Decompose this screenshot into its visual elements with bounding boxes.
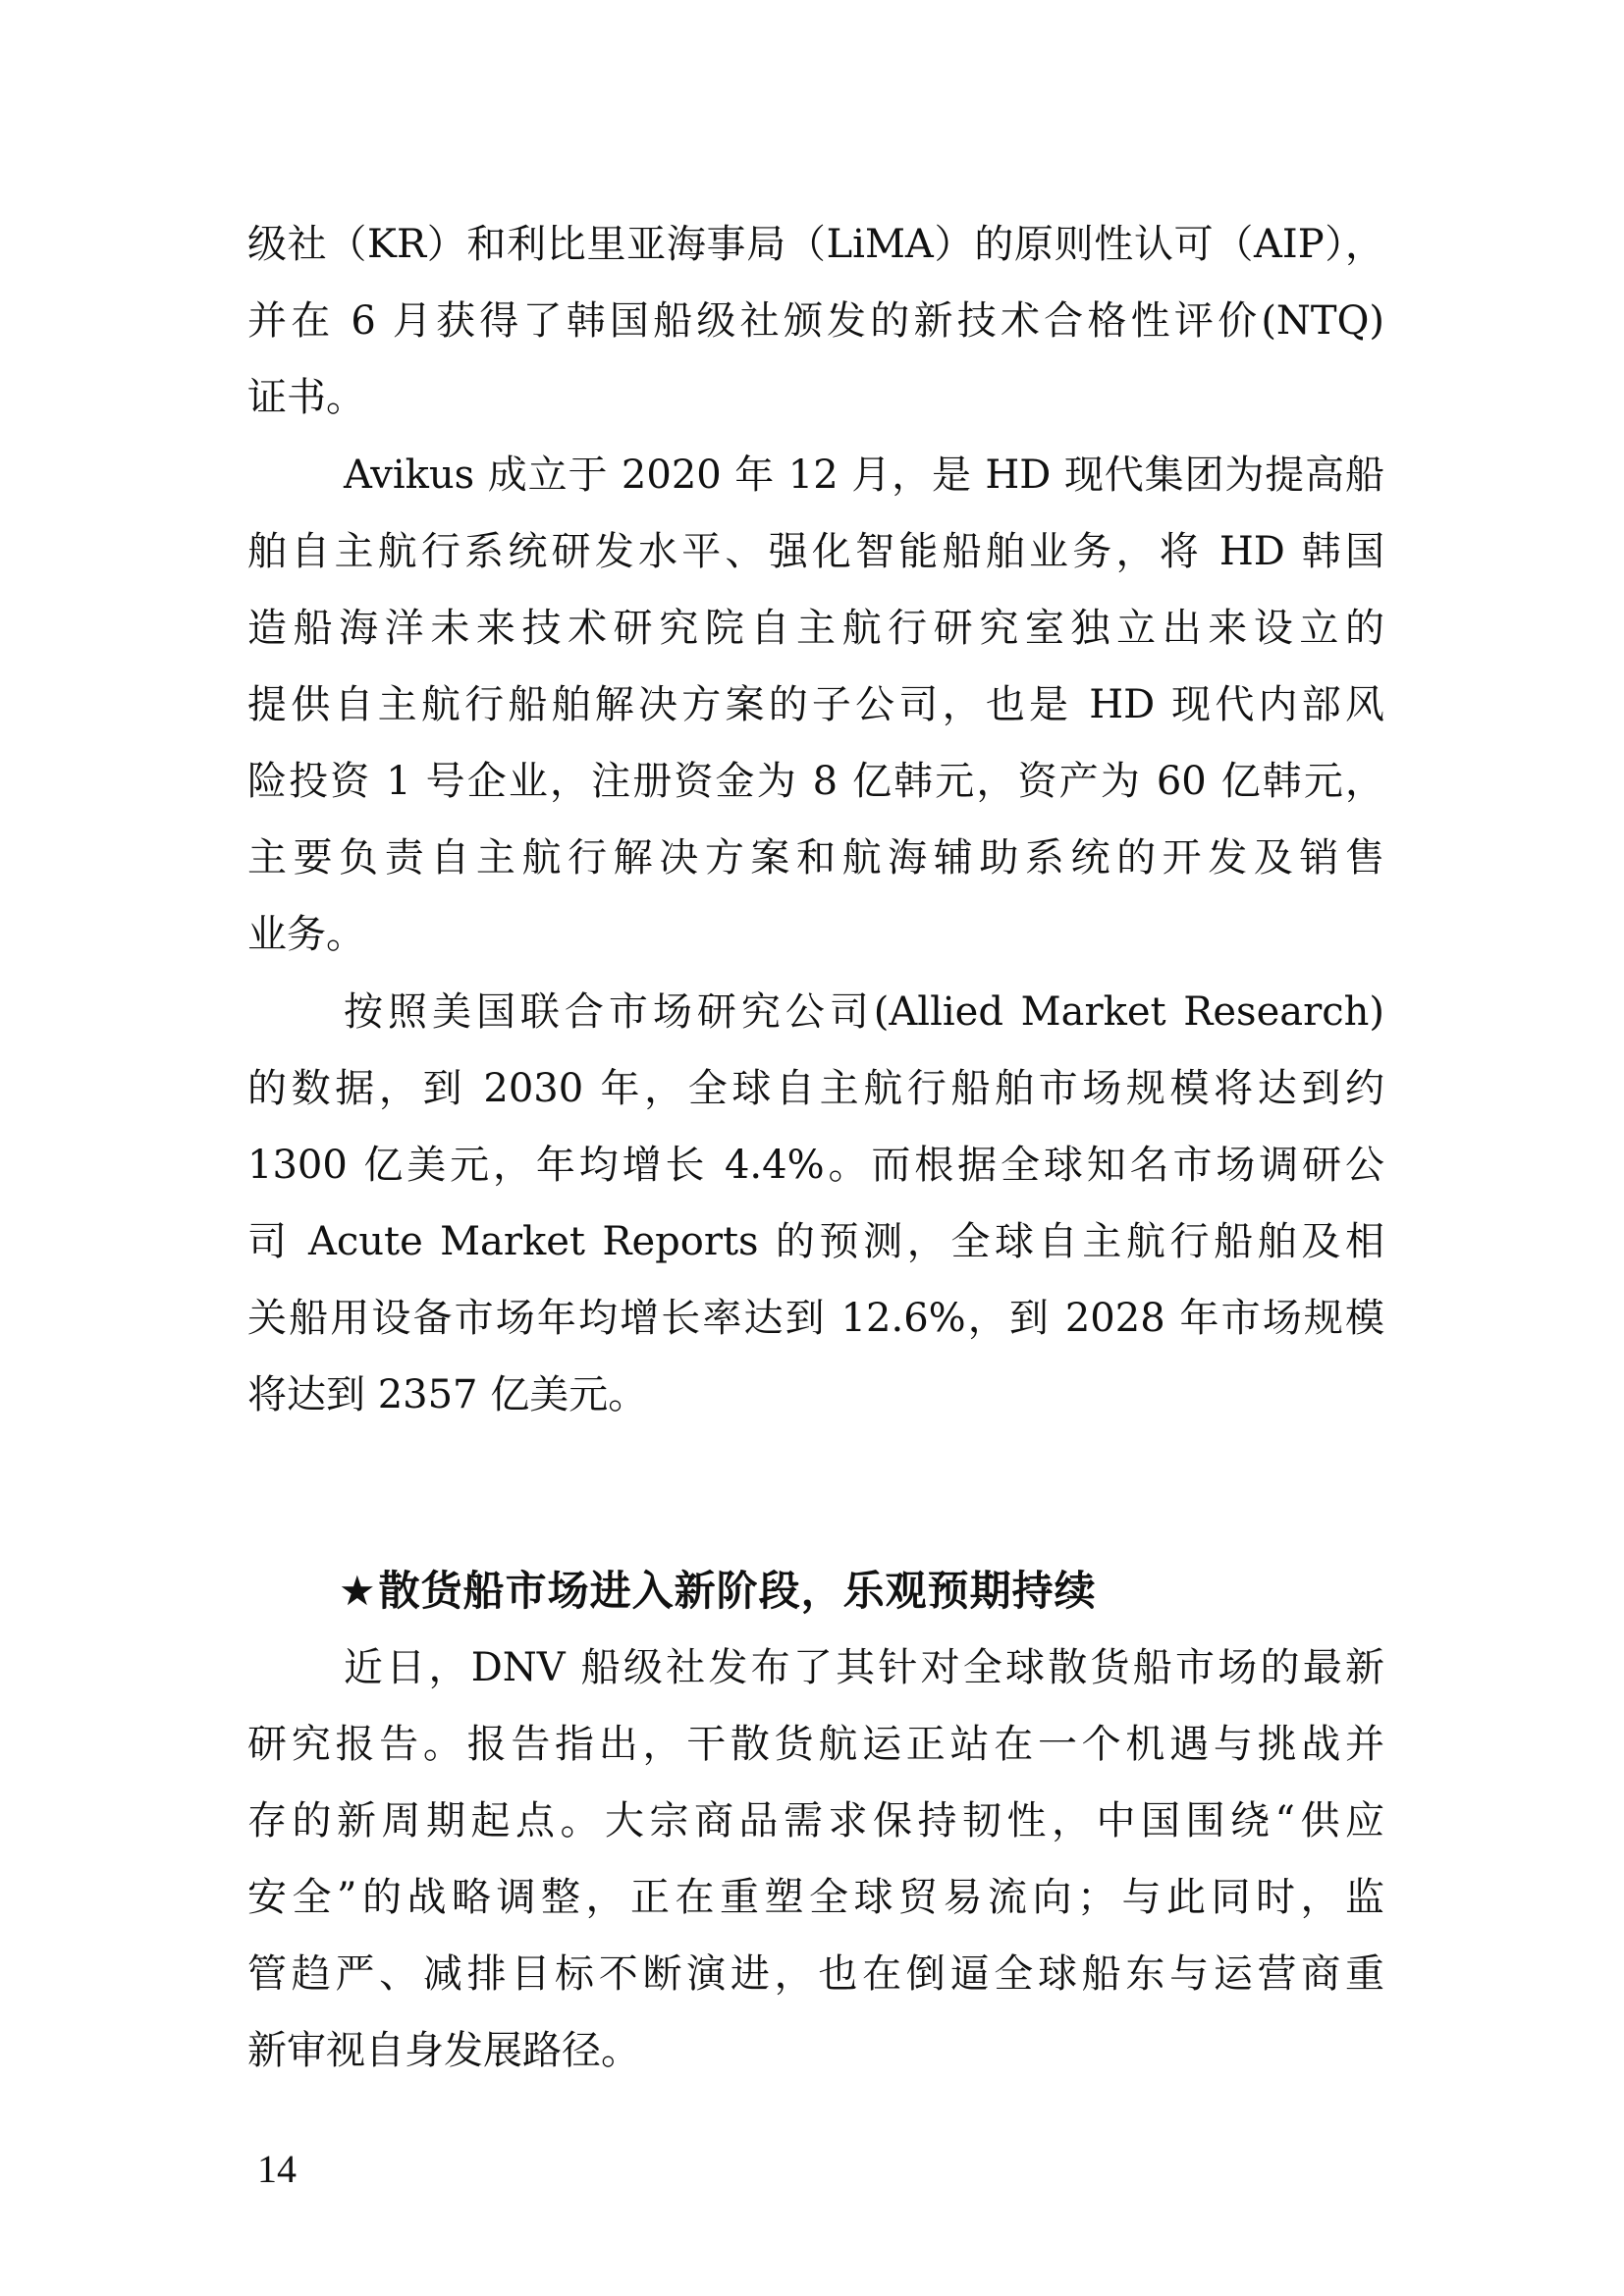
text-line: 将达到 2357 亿美元。 bbox=[247, 1357, 1384, 1433]
text-line: 按照美国联合市场研究公司(Allied Market Research) bbox=[344, 974, 1384, 1050]
section-heading-text: 散货船市场进入新阶段，乐观预期持续 bbox=[379, 1567, 1097, 1615]
section-heading: ★散货船市场进入新阶段，乐观预期持续 bbox=[339, 1553, 1097, 1629]
text-line: 险投资 1 号企业，注册资金为 8 亿韩元，资产为 60 亿韩元， bbox=[247, 743, 1384, 820]
text-line: 关船用设备市场年均增长率达到 12.6%，到 2028 年市场规模 bbox=[247, 1280, 1384, 1357]
text-line: 管趋严、减排目标不断演进，也在倒逼全球船东与运营商重 bbox=[247, 1936, 1384, 2012]
text-line: 业务。 bbox=[247, 896, 1384, 973]
text-line: 并在 6 月获得了韩国船级社颁发的新技术合格性评价(NTQ) bbox=[247, 283, 1384, 359]
page-number: 14 bbox=[257, 2145, 297, 2194]
text-line: 造船海洋未来技术研究院自主航行研究室独立出来设立的 bbox=[247, 590, 1384, 667]
text-line: 级社（KR）和利比里亚海事局（LiMA）的原则性认可（AIP）， bbox=[247, 206, 1384, 283]
text-line: 近日，DNV 船级社发布了其针对全球散货船市场的最新 bbox=[344, 1629, 1384, 1706]
text-line: 提供自主航行船舶解决方案的子公司，也是 HD 现代内部风 bbox=[247, 667, 1384, 743]
text-line: 1300 亿美元，年均增长 4.4%。而根据全球知名市场调研公 bbox=[247, 1127, 1384, 1203]
text-line: 的数据，到 2030 年，全球自主航行船舶市场规模将达到约 bbox=[247, 1050, 1384, 1127]
text-line: 主要负责自主航行解决方案和航海辅助系统的开发及销售 bbox=[247, 820, 1384, 896]
text-line: 安全”的战略调整，正在重塑全球贸易流向；与此同时，监 bbox=[247, 1859, 1384, 1936]
text-line: 舶自主航行系统研发水平、强化智能船舶业务，将 HD 韩国 bbox=[247, 513, 1384, 590]
text-line: 存的新周期起点。大宗商品需求保持韧性，中国围绕“供应 bbox=[247, 1783, 1384, 1859]
text-line: 新审视自身发展路径。 bbox=[247, 2012, 1384, 2089]
text-line: 研究报告。报告指出，干散货航运正站在一个机遇与挑战并 bbox=[247, 1706, 1384, 1783]
text-line: Avikus 成立于 2020 年 12 月，是 HD 现代集团为提高船 bbox=[344, 437, 1384, 513]
document-page: 级社（KR）和利比里亚海事局（LiMA）的原则性认可（AIP）， 并在 6 月获… bbox=[0, 0, 1624, 2296]
star-icon: ★ bbox=[339, 1553, 377, 1629]
text-line: 司 Acute Market Reports 的预测，全球自主航行船舶及相 bbox=[247, 1203, 1384, 1280]
text-line: 证书。 bbox=[247, 359, 1384, 436]
